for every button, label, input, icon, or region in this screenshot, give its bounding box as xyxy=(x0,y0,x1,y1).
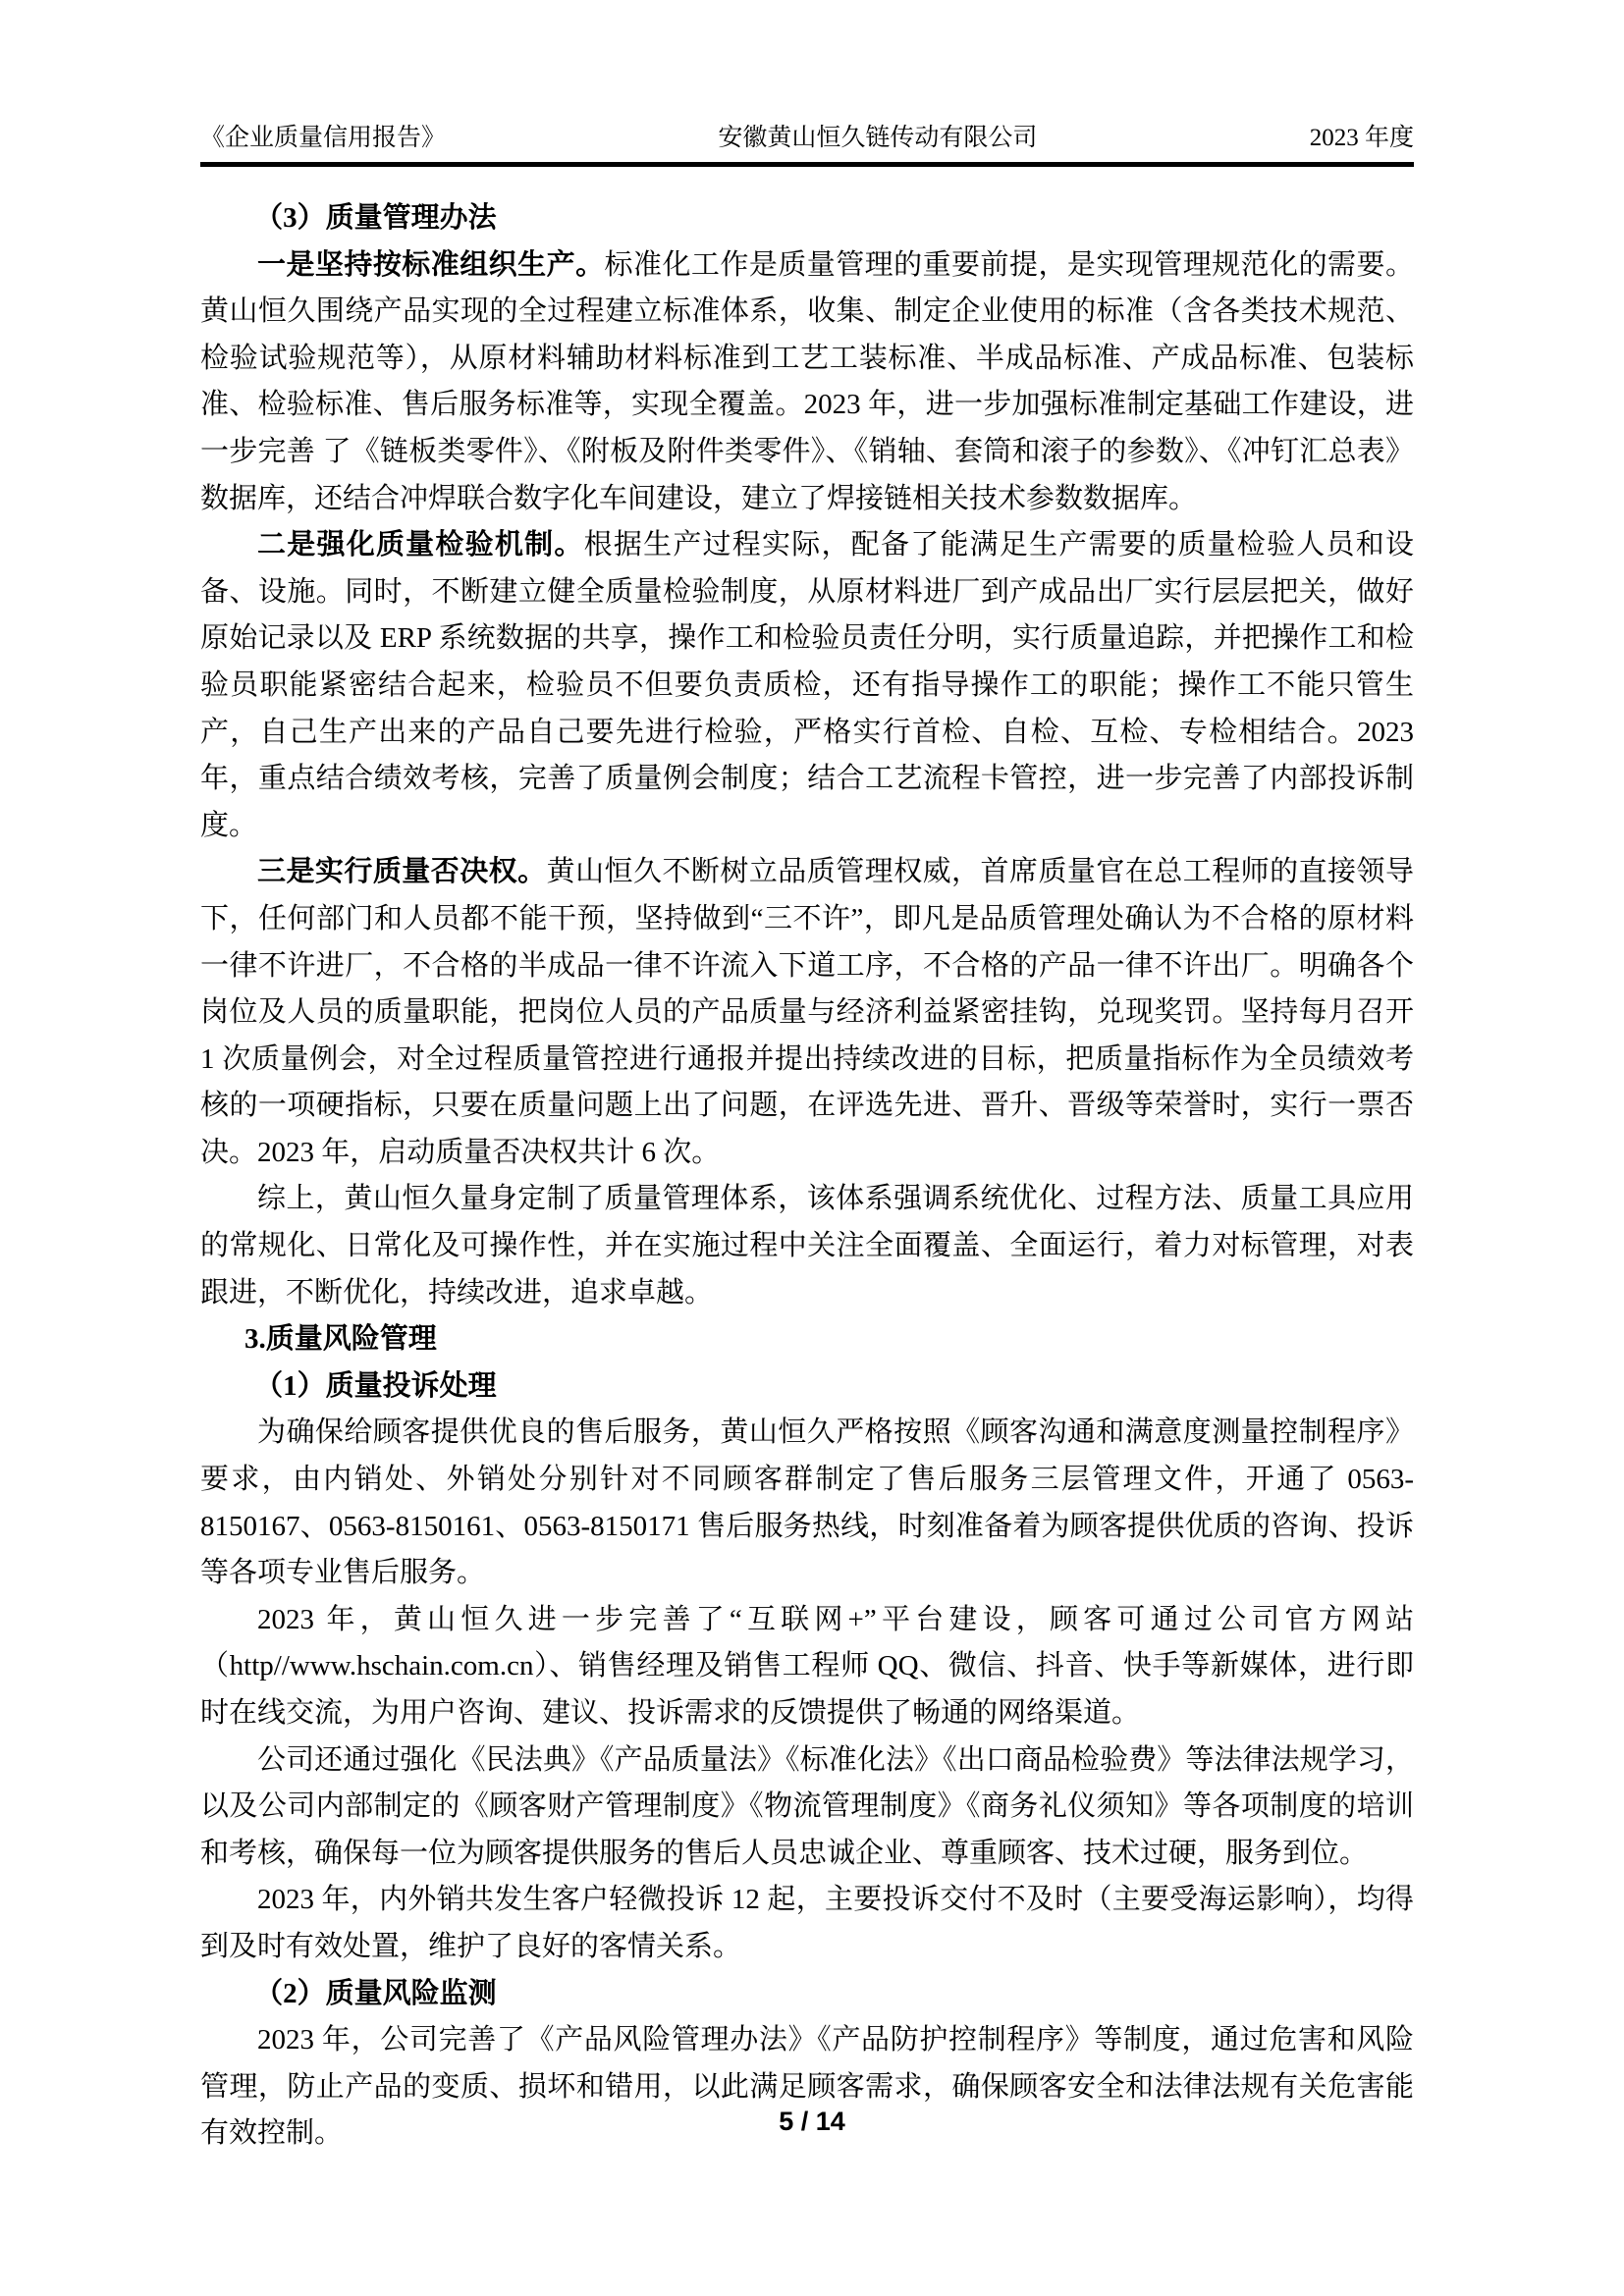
paragraph: 二是强化质量检验机制。根据生产过程实际，配备了能满足生产需要的质量检验人员和设备… xyxy=(200,522,1414,849)
paragraph: 为确保给顾客提供优良的售后服务，黄山恒久严格按照《顾客沟通和满意度测量控制程序》… xyxy=(200,1410,1414,1596)
paragraph: 2023 年，黄山恒久进一步完善了“互联网+”平台建设，顾客可通过公司官方网站（… xyxy=(200,1597,1414,1737)
section-heading: （2）质量风险监测 xyxy=(200,1971,1414,2018)
paragraph: 2023 年，内外销共发生客户轻微投诉 12 起，主要投诉交付不及时（主要受海运… xyxy=(200,1877,1414,1970)
section-heading: 3.质量风险管理 xyxy=(200,1316,1414,1363)
page-number: 5 / 14 xyxy=(0,2107,1624,2137)
section-heading: （3）质量管理办法 xyxy=(200,195,1414,242)
page-header: 《企业质量信用报告》 安徽黄山恒久链传动有限公司 2023 年度 xyxy=(200,118,1414,167)
header-year: 2023 年度 xyxy=(1310,118,1414,153)
paragraph-lead: 二是强化质量检验机制。 xyxy=(257,529,584,561)
paragraph-lead: 一是坚持按标准组织生产。 xyxy=(257,249,605,281)
paragraph: 公司还通过强化《民法典》《产品质量法》《标准化法》《出口商品检验费》等法律法规学… xyxy=(200,1737,1414,1878)
section-heading: （1）质量投诉处理 xyxy=(200,1363,1414,1411)
header-company-name: 安徽黄山恒久链传动有限公司 xyxy=(718,118,1037,153)
paragraph-lead: 三是实行质量否决权。 xyxy=(257,856,547,887)
document-body: （3）质量管理办法一是坚持按标准组织生产。标准化工作是质量管理的重要前提，是实现… xyxy=(200,195,1414,2158)
document-page: 《企业质量信用报告》 安徽黄山恒久链传动有限公司 2023 年度 （3）质量管理… xyxy=(0,0,1624,2296)
paragraph: 一是坚持按标准组织生产。标准化工作是质量管理的重要前提，是实现管理规范化的需要。… xyxy=(200,242,1414,523)
paragraph: 三是实行质量否决权。黄山恒久不断树立品质管理权威，首席质量官在总工程师的直接领导… xyxy=(200,849,1414,1176)
paragraph: 综上，黄山恒久量身定制了质量管理体系，该体系强调系统优化、过程方法、质量工具应用… xyxy=(200,1176,1414,1316)
header-report-title: 《企业质量信用报告》 xyxy=(200,118,446,153)
